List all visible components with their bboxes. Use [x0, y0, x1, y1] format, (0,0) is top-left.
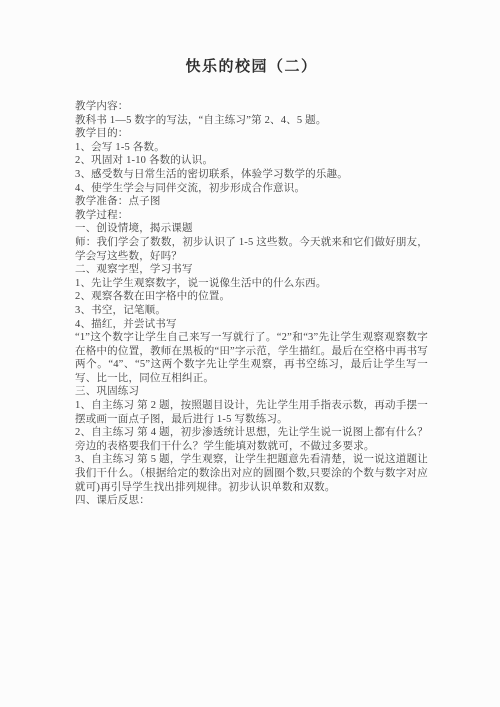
paragraph: 1、先让学生观察数字，说一说像生活中的什么东西。: [75, 277, 428, 291]
document-body: 教学内容：教科书 1—5 数字的写法，“自主练习”第 2、4、5 题。教学目的：…: [75, 100, 428, 508]
paragraph: 教科书 1—5 数字的写法，“自主练习”第 2、4、5 题。: [75, 114, 428, 128]
paragraph: 2、自主练习 第 4 题，初步渗透统计思想，先让学生说一说图上都有什么？旁边的表…: [75, 426, 428, 453]
page-title: 快乐的校园（二）: [75, 57, 428, 77]
paragraph: 2、巩固对 1-10 各数的认识。: [75, 154, 428, 168]
paragraph: 教学准备：点子图: [75, 195, 428, 209]
paragraph: “1”这个数字让学生自己来写一写就行了。“2”和“3”先让学生观察观察数字在格中…: [75, 331, 428, 385]
paragraph: 2、观察各数在田字格中的位置。: [75, 290, 428, 304]
document-page: 快乐的校园（二） 教学内容：教科书 1—5 数字的写法，“自主练习”第 2、4、…: [0, 0, 500, 707]
paragraph: 教学目的：: [75, 127, 428, 141]
paragraph: 3、自主练习 第 5 题，学生观察，让学生把题意先看清楚，说一说这道题让我们干什…: [75, 453, 428, 494]
paragraph: 教学内容：: [75, 100, 428, 114]
paragraph: 三、巩固练习: [75, 385, 428, 399]
paragraph: 四、课后反思：: [75, 494, 428, 508]
paragraph: 3、书空，记笔顺。: [75, 304, 428, 318]
paragraph: 4、使学生学会与同伴交流，初步形成合作意识。: [75, 182, 428, 196]
paragraph: 3、感受数与日常生活的密切联系，体验学习数学的乐趣。: [75, 168, 428, 182]
paragraph: 二、观察字型，学习书写: [75, 263, 428, 277]
paragraph: 1、会写 1-5 各数。: [75, 141, 428, 155]
paragraph: 一、创设情境，揭示课题: [75, 222, 428, 236]
paragraph: 教学过程：: [75, 209, 428, 223]
paragraph: 1、自主练习 第 2 题，按照题目设计，先让学生用手指表示数，再动手摆一摆或画一…: [75, 399, 428, 426]
paragraph: 4、描红，并尝试书写: [75, 318, 428, 332]
paragraph: 师：我们学会了数数，初步认识了 1-5 这些数。今天就来和它们做好朋友，学会写这…: [75, 236, 428, 263]
